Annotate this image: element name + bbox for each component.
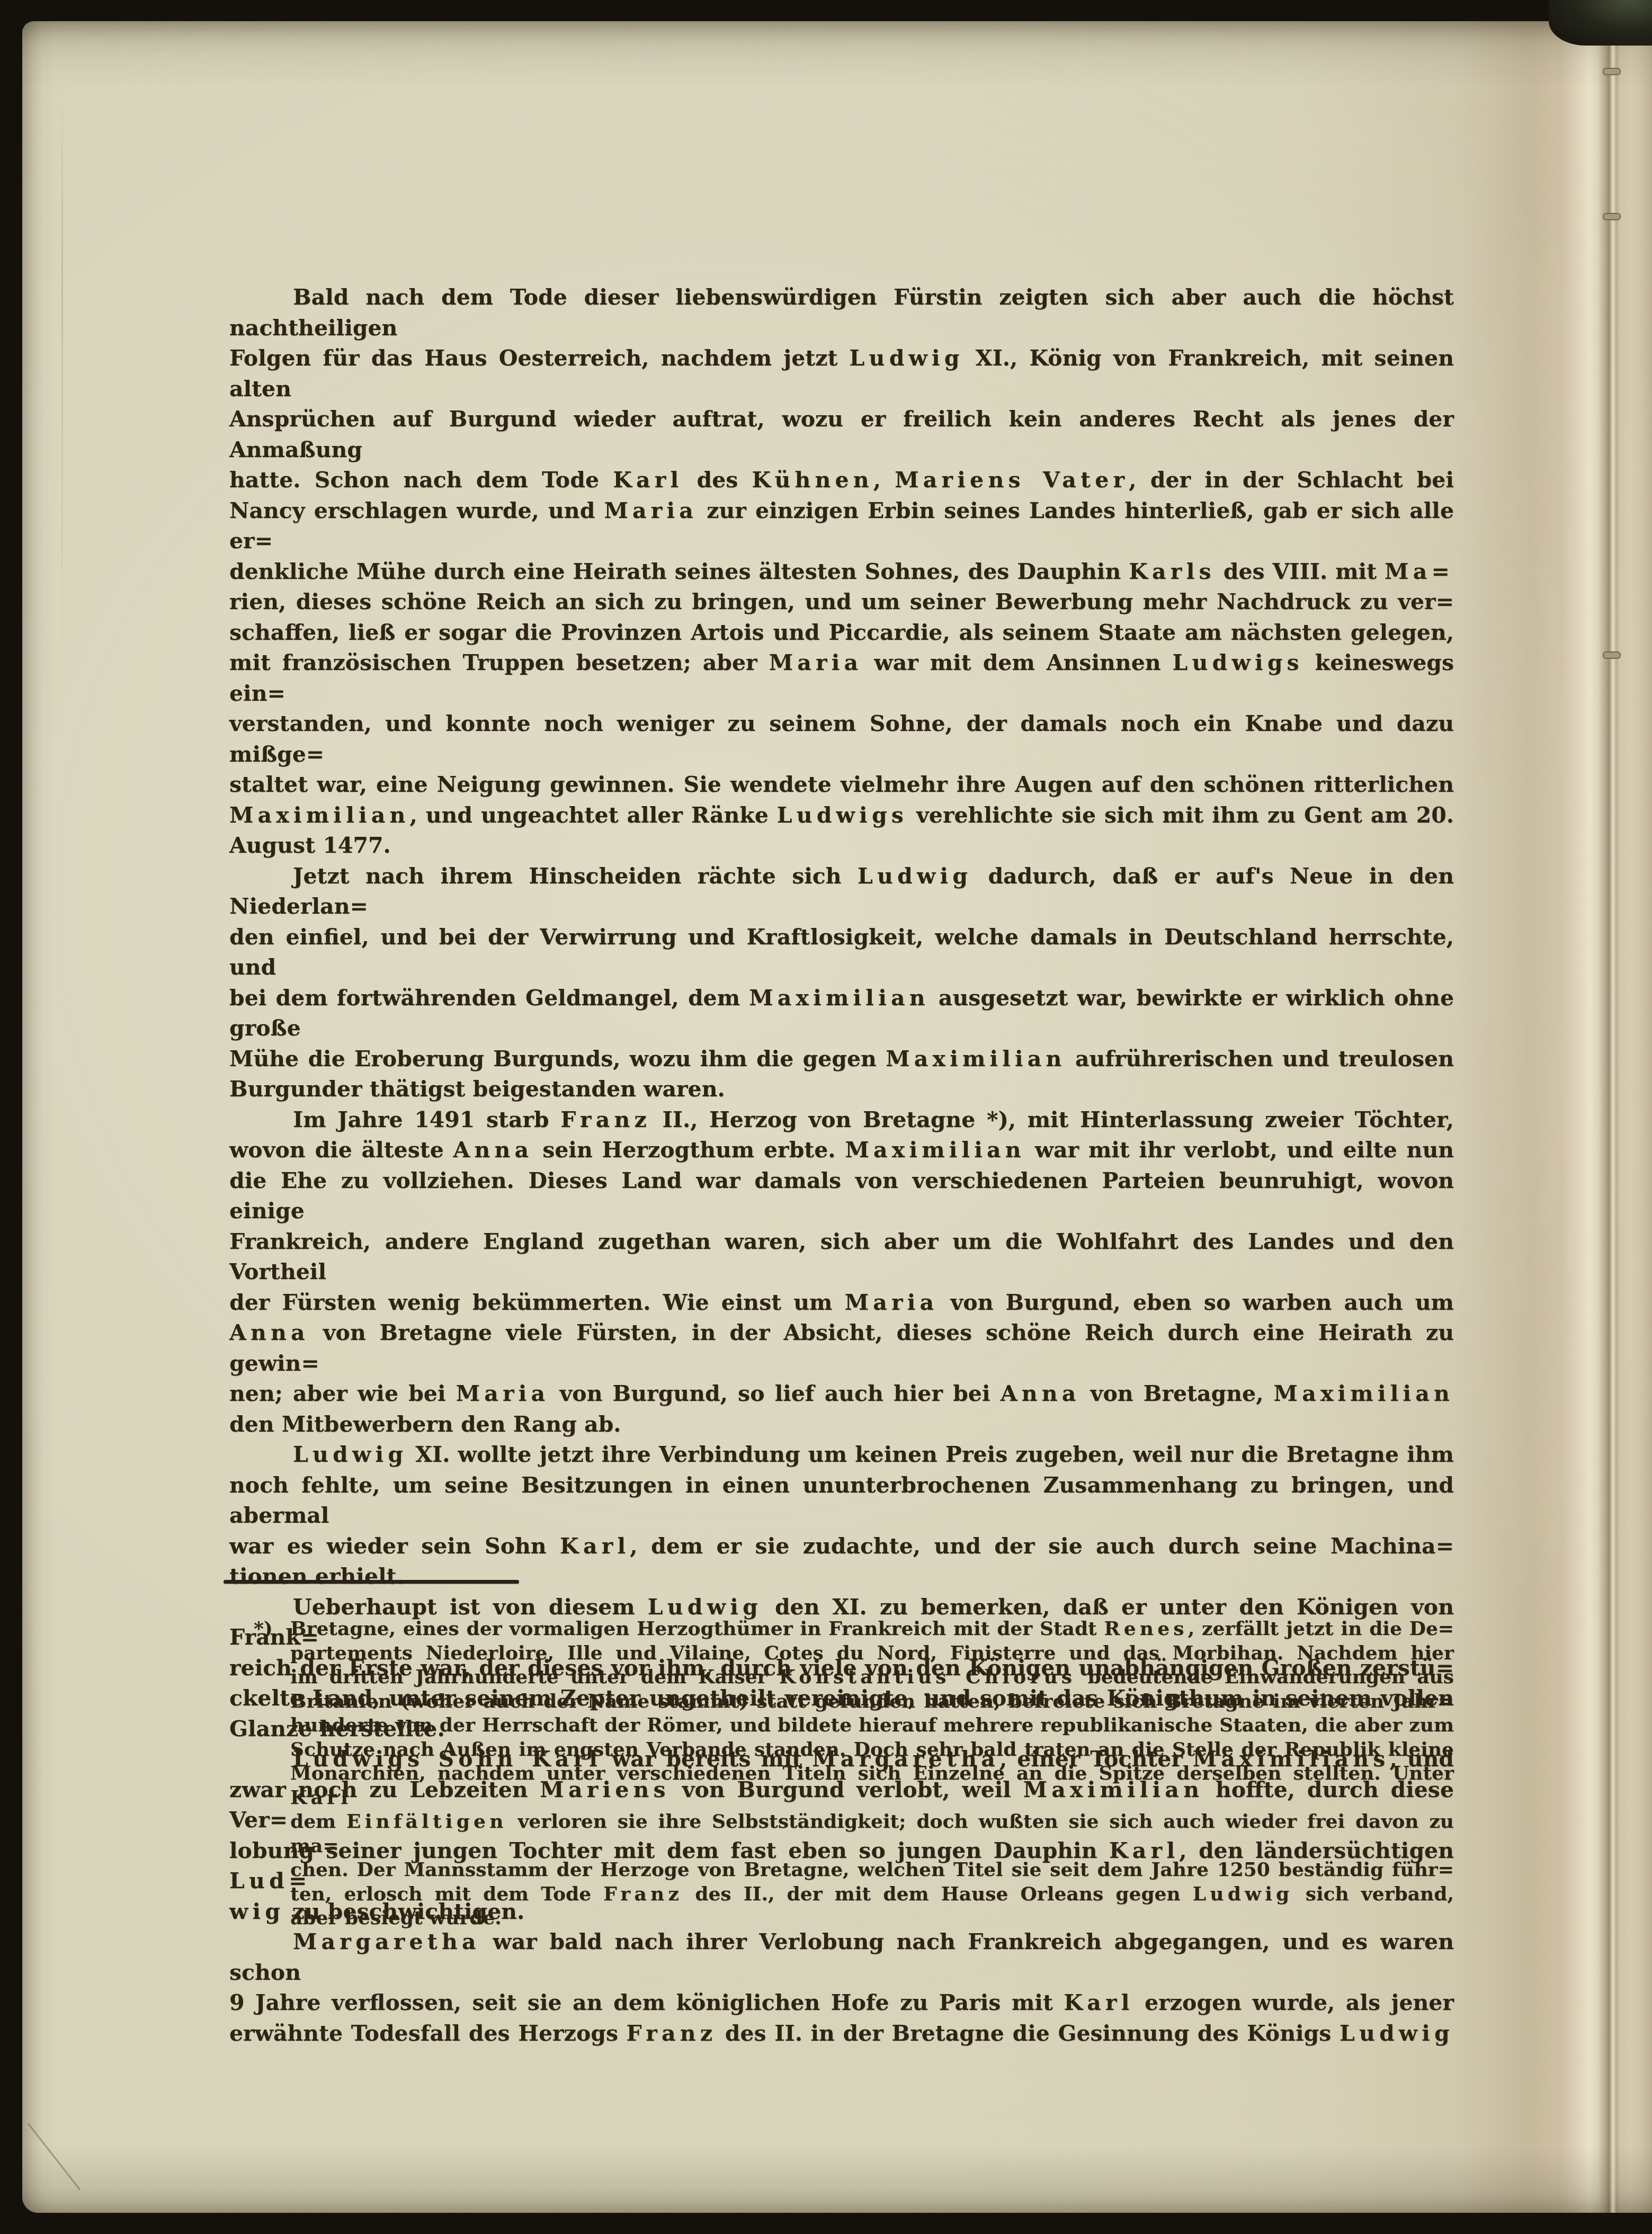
letterspaced-name: Karl xyxy=(613,467,683,493)
binding-corner-shadow xyxy=(1549,0,1652,46)
footnote-line: im dritten Jahrhunderte unter dem Kaiser… xyxy=(254,1665,1454,1690)
letterspaced-name: Maria xyxy=(769,650,863,675)
footnote-separator-rule xyxy=(224,1580,519,1584)
footnote-line: dem Einfältigen verloren sie ihre Selbst… xyxy=(254,1810,1454,1858)
paragraph: Margaretha war bald nach ihrer Verlobung… xyxy=(229,1927,1454,2049)
letterspaced-name: Maximilian xyxy=(886,1046,1066,1071)
letterspaced-name: Margaretha xyxy=(293,1929,480,1954)
paragraph: Im Jahre 1491 starb Franz II., Herzog vo… xyxy=(229,1105,1454,1440)
text-line: den einfiel, und bei der Verwirrung und … xyxy=(229,922,1454,983)
text-line: erwähnte Todesfall des Herzogs Franz des… xyxy=(229,2018,1454,2049)
letterspaced-name: Einfältigen xyxy=(346,1810,507,1833)
letterspaced-name: Ludwig xyxy=(1193,1883,1293,1905)
text-line: August 1477. xyxy=(229,830,1454,861)
text-line: Ansprüchen auf Burgund wieder auftrat, w… xyxy=(229,404,1454,465)
letterspaced-name: Ma= xyxy=(1385,559,1454,584)
text-line: Anna von Bretagne viele Fürsten, in der … xyxy=(229,1318,1454,1379)
text-line: tionen erhielt. xyxy=(229,1561,1454,1592)
letterspaced-name: Ludwig xyxy=(293,1442,407,1467)
text-line: schaffen, ließ er sogar die Provinzen Ar… xyxy=(229,618,1454,648)
paragraph: Jetzt nach ihrem Hinscheiden rächte sich… xyxy=(229,861,1454,1105)
footnote-text: *)Bretagne, eines der vormaligen Herzogt… xyxy=(254,1617,1454,1931)
letterspaced-name: Maximilian xyxy=(845,1137,1025,1163)
letterspaced-name: Konstantius Chlorus xyxy=(779,1666,1076,1688)
binding-stitch xyxy=(1603,213,1621,220)
letterspaced-name: Karls xyxy=(1129,559,1215,584)
letterspaced-name: Anna xyxy=(229,1320,309,1345)
text-line: nen; aber wie bei Maria von Burgund, so … xyxy=(229,1379,1454,1409)
letterspaced-name: Anna xyxy=(1001,1381,1081,1406)
footnote-line: Schutze nach Außen im engsten Verbande s… xyxy=(254,1738,1454,1762)
footnote-line: Britanien (woher auch der Name stammt) s… xyxy=(254,1690,1454,1714)
binding-crease xyxy=(1599,21,1620,2213)
letterspaced-name: Ludwig xyxy=(858,863,972,889)
letterspaced-name: Maria xyxy=(845,1290,939,1315)
letterspaced-name: Mariens Vater xyxy=(895,467,1129,493)
letterspaced-name: Karl xyxy=(1064,1990,1133,2015)
text-line: Maximilian, und ungeachtet aller Ränke L… xyxy=(229,800,1454,831)
text-line: hatte. Schon nach dem Tode Karl des Kühn… xyxy=(229,465,1454,496)
footnote-line: *)Bretagne, eines der vormaligen Herzogt… xyxy=(254,1617,1454,1641)
text-line: rien, dieses schöne Reich an sich zu bri… xyxy=(229,587,1454,618)
text-line: Folgen für das Haus Oesterreich, nachdem… xyxy=(229,343,1454,404)
text-line: den Mitbewerbern den Rang ab. xyxy=(229,1409,1454,1440)
text-line: Im Jahre 1491 starb Franz II., Herzog vo… xyxy=(229,1105,1454,1136)
binding-stitch xyxy=(1603,68,1621,75)
letterspaced-name: Ludwigs xyxy=(777,802,908,828)
letterspaced-name: Ludwig xyxy=(850,345,964,371)
text-line: Mühe die Eroberung Burgunds, wozu ihm di… xyxy=(229,1044,1454,1075)
letterspaced-name: Maria xyxy=(604,498,698,523)
text-line: Nancy erschlagen wurde, und Maria zur ei… xyxy=(229,496,1454,557)
letterspaced-name: Maximilian xyxy=(1274,1381,1454,1406)
text-line: bei dem fortwährenden Geldmangel, dem Ma… xyxy=(229,983,1454,1044)
text-line: wovon die älteste Anna sein Herzogthum e… xyxy=(229,1135,1454,1166)
letterspaced-name: Maria xyxy=(456,1381,550,1406)
text-line: Margaretha war bald nach ihrer Verlobung… xyxy=(229,1927,1454,1988)
letterspaced-name: Ludwig xyxy=(648,1594,762,1620)
letterspaced-name: Franz xyxy=(560,1107,651,1132)
text-line: 9 Jahre verflossen, seit sie an dem köni… xyxy=(229,1988,1454,2018)
text-line: mit französischen Truppen besetzen; aber… xyxy=(229,648,1454,709)
letterspaced-name: Ludwigs xyxy=(1173,650,1303,675)
text-line: Jetzt nach ihrem Hinscheiden rächte sich… xyxy=(229,861,1454,922)
footnote-line: partements Niederloire, Ille und Vilaine… xyxy=(254,1641,1454,1666)
page-stack-edge xyxy=(61,85,63,694)
text-line: der Fürsten wenig bekümmerten. Wie einst… xyxy=(229,1288,1454,1318)
footnote-line: Monarchien, nachdem unter verschiedenen … xyxy=(254,1762,1454,1810)
text-line: die Ehe zu vollziehen. Dieses Land war d… xyxy=(229,1166,1454,1227)
text-line: Bald nach dem Tode dieser liebenswürdige… xyxy=(229,282,1454,343)
text-line: denkliche Mühe durch eine Heirath seines… xyxy=(229,557,1454,587)
text-line: staltet war, eine Neigung gewinnen. Sie … xyxy=(229,770,1454,800)
text-line: Burgunder thätigst beigestanden waren. xyxy=(229,1074,1454,1105)
footnote-line: hunderte von der Herrschaft der Römer, u… xyxy=(254,1713,1454,1738)
letterspaced-name: Karl xyxy=(290,1786,352,1809)
letterspaced-name: Franz xyxy=(603,1883,683,1905)
letterspaced-name: Anna xyxy=(453,1137,533,1163)
letterspaced-name: Renes xyxy=(1104,1618,1188,1640)
paragraph: Bald nach dem Tode dieser liebenswürdige… xyxy=(229,282,1454,861)
scanned-book-page: Bald nach dem Tode dieser liebenswürdige… xyxy=(0,0,1652,2234)
text-line: noch fehlte, um seine Besitzungen in ein… xyxy=(229,1470,1454,1531)
text-line: Frankreich, andere England zugethan ware… xyxy=(229,1227,1454,1288)
footnote-line: chen. Der Mannsstamm der Herzoge von Bre… xyxy=(254,1858,1454,1882)
letterspaced-name: Maximilian xyxy=(749,985,929,1011)
footnote-line: aber besiegt wurde. xyxy=(254,1906,1454,1931)
letterspaced-name: Ludwig xyxy=(1340,2021,1454,2046)
paragraph: Ludwig XI. wollte jetzt ihre Verbindung … xyxy=(229,1440,1454,1592)
text-line: Ludwig XI. wollte jetzt ihre Verbindung … xyxy=(229,1440,1454,1470)
letterspaced-name: Karl xyxy=(560,1533,630,1559)
text-line: verstanden, und konnte noch weniger zu s… xyxy=(229,709,1454,770)
footnote-marker: *) xyxy=(254,1617,290,1641)
letterspaced-name: Franz xyxy=(627,2021,717,2046)
letterspaced-name: Maximilian xyxy=(229,802,409,828)
letterspaced-name: Kühnen xyxy=(752,467,873,493)
footnote-line: ten, erlosch mit dem Tode Franz des II.,… xyxy=(254,1882,1454,1907)
binding-stitch xyxy=(1603,651,1621,659)
text-line: war es wieder sein Sohn Karl, dem er sie… xyxy=(229,1531,1454,1562)
